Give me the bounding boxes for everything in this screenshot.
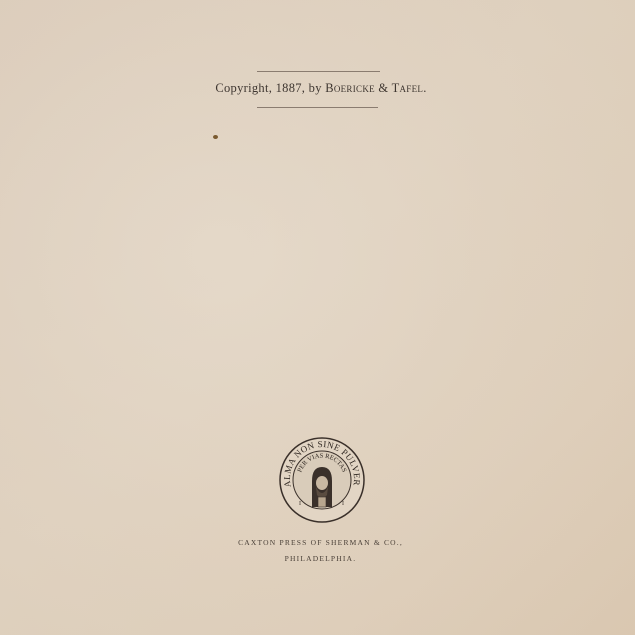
book-page: Copyright, 1887, by Boericke & Tafel. PA… [0,0,635,635]
bottom-rule-divider [257,107,378,108]
copyright-prefix: Copyright, 1887, by [215,81,325,95]
foxing-spot [213,135,218,139]
copyright-notice: Copyright, 1887, by Boericke & Tafel. [0,81,635,96]
svg-text:I: I [342,501,344,507]
press-city: PHILADELPHIA. [0,554,635,563]
press-imprint: CAXTON PRESS OF SHERMAN & CO., [0,538,635,547]
top-rule-divider [257,71,380,72]
printers-device-seal-icon: PALMA NON SINE PULVERE PER VIAS RECTAS I… [279,437,365,523]
svg-text:I: I [299,501,301,507]
publisher-name: Boericke & Tafel. [325,81,426,95]
